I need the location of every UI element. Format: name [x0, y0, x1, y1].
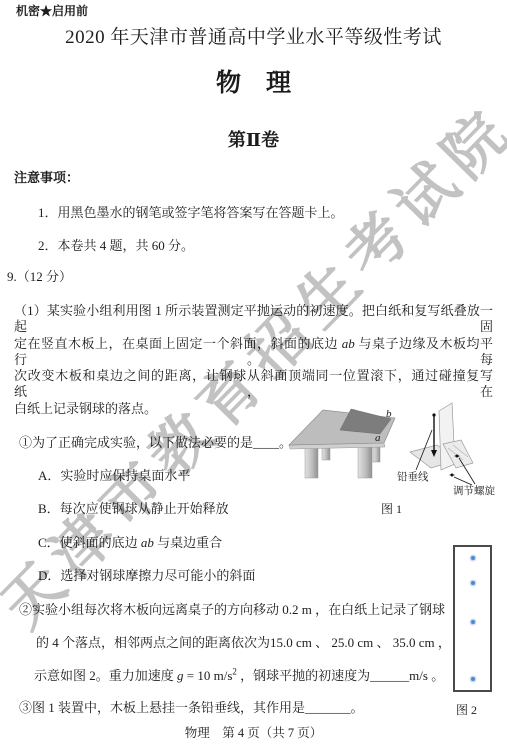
answer-blank-2: ______ — [370, 668, 409, 683]
table-leg — [373, 447, 380, 462]
circled-2: ② — [19, 602, 32, 617]
landing-point-dot — [471, 620, 475, 624]
subject-title: 物 理 — [0, 68, 507, 99]
incline-label-b: b — [386, 408, 392, 420]
q9-paragraph-line1: （1）某实验小组利用图 1 所示装置测定平抛运动的初速度。把白纸和复写纸叠放一起… — [14, 303, 493, 336]
subquestion-3: ③图 1 装置中，木板上悬挂一条铅垂线，其作用是_______。 — [19, 700, 364, 716]
table-leg — [305, 447, 318, 478]
landing-point-dot — [471, 581, 475, 585]
math-ab: ab — [141, 535, 154, 550]
q9-paragraph-line4: 白纸上记录钢球的落点。 — [14, 401, 157, 417]
subquestion-1: ①为了正确完成实验，以下做法必要的是____。 — [19, 435, 292, 451]
exam-paper-page: 机密★启用前 2020 年天津市普通高中学业水平等级性考试 物 理 第Ⅱ卷 注意… — [0, 0, 507, 751]
page-footer: 物理 第 4 页（共 7 页） — [0, 726, 507, 742]
incline-label-a: a — [375, 432, 381, 444]
subquestion-2-line3: 示意如图 2。重力加速度 g = 10 m/s2 ，钢球平抛的初速度为_____… — [34, 668, 444, 684]
math-ab: ab — [342, 336, 355, 351]
section-heading: 第Ⅱ卷 — [0, 129, 507, 152]
option-b: B．每次应使钢球从静止开始释放 — [38, 501, 229, 517]
fig2-box — [453, 545, 492, 692]
notice-item-1: 1．用黑色墨水的钢笔或签字笔将答案写在答题卡上。 — [38, 205, 344, 221]
plumb-line-label: 铅垂线 — [397, 470, 429, 483]
table-leg — [358, 446, 372, 478]
answer-blank-1: ____ — [253, 435, 279, 450]
exam-title: 2020 年天津市普通高中学业水平等级性考试 — [0, 26, 507, 50]
notice-item-2: 2．本卷共 4 题，共 60 分。 — [38, 238, 194, 254]
option-c: C．使斜面的底边 ab 与桌边重合 — [38, 535, 222, 551]
circled-1: ① — [19, 435, 32, 450]
answer-blank-3: _______ — [305, 700, 351, 715]
notice-heading: 注意事项： — [14, 170, 79, 186]
figure2-caption: 图 2 — [456, 701, 477, 718]
question-number: 9.（12 分） — [7, 269, 72, 285]
option-d: D．选择对钢球摩擦力尽可能小的斜面 — [38, 568, 255, 584]
table-leg — [322, 448, 330, 460]
landing-point-dot — [471, 677, 475, 681]
figure1-caption: 图 1 — [381, 500, 402, 517]
landing-point-dot — [471, 556, 475, 560]
circled-3: ③ — [19, 700, 32, 715]
screw-pointer-line — [454, 477, 472, 485]
adjust-screw-label: 调节螺旋 — [453, 484, 495, 497]
figure1-illustration: b a 铅垂线 调节螺旋 — [283, 398, 499, 516]
secrecy-label: 机密★启用前 — [16, 4, 88, 19]
subquestion-2-line1: ②实验小组每次将木板向远离桌子的方向移动 0.2 m ，在白纸上记录了钢球 — [19, 602, 445, 618]
option-a: A．实验时应保持桌面水平 — [38, 468, 190, 484]
subquestion-2-line2: 的 4 个落点，相邻两点之间的距离依次为15.0 cm 、 25.0 cm 、 … — [36, 635, 451, 651]
q9-paragraph-line3: 次改变木板和桌边之间的距离，让钢球从斜面顶端同一位置滚下，通过碰撞复写纸，在 — [14, 368, 493, 401]
q9-paragraph-line2: 定在竖直木板上，在桌面上固定一个斜面，斜面的底边 ab 与桌子边缘及木板均平行。… — [14, 336, 493, 369]
